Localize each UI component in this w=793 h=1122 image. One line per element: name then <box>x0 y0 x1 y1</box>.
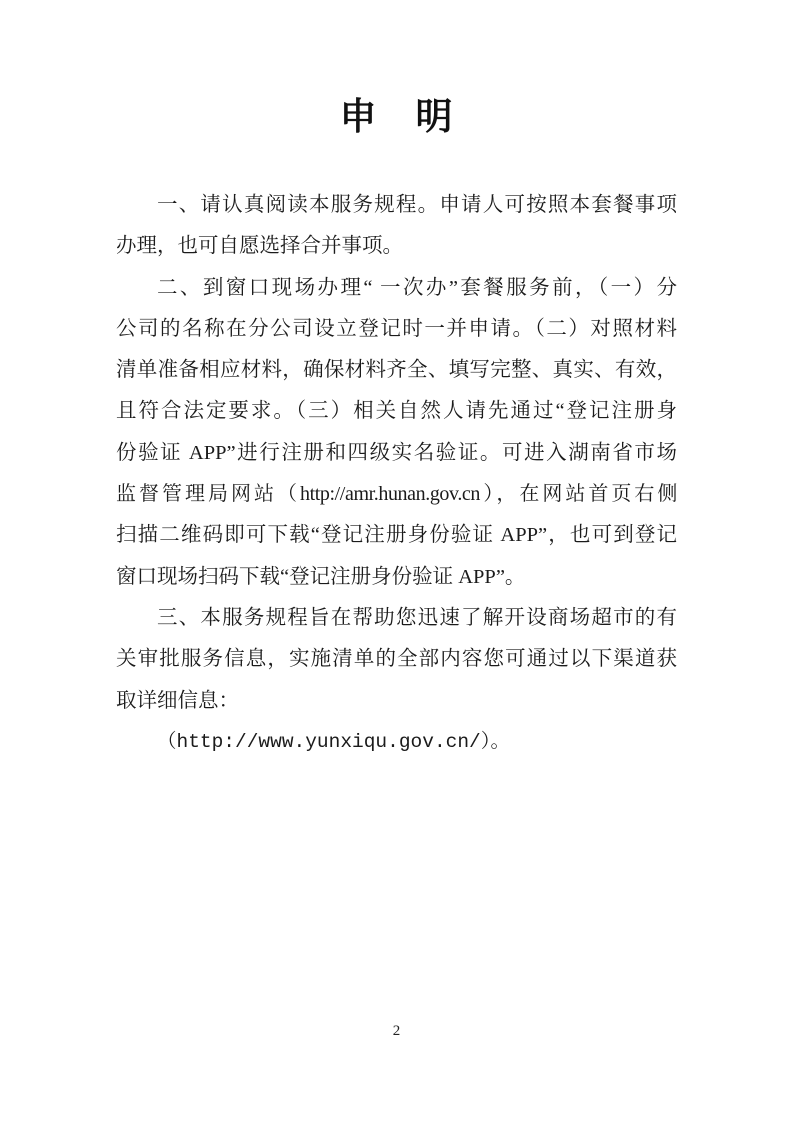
text-line: 取详细信息： <box>116 681 677 722</box>
page-title: 申 明 <box>0 94 793 142</box>
text-line: 窗口现场扫码下载“登记注册身份验证 APP”。 <box>116 557 677 598</box>
text-line: 二、到窗口现场办理“ 一次办”套餐服务前，（一）分 <box>116 268 677 309</box>
paragraph-4: （http://www.yunxiqu.gov.cn/）。 <box>116 722 677 763</box>
page-number: 2 <box>0 1021 793 1041</box>
document-page: 申 明 一、请认真阅读本服务规程。申请人可按照本套餐事项 办理，也可自愿选择合并… <box>0 0 793 1122</box>
text-line: 关审批服务信息，实施清单的全部内容您可通过以下渠道获 <box>116 639 677 680</box>
text-line: 份验证 APP”进行注册和四级实名验证。可进入湖南省市场 <box>116 433 677 474</box>
paragraph-1: 一、请认真阅读本服务规程。申请人可按照本套餐事项 办理，也可自愿选择合并事项。 <box>116 185 677 268</box>
text-line: 扫描二维码即可下载“登记注册身份验证 APP”，也可到登记 <box>116 515 677 556</box>
paragraph-3: 三、本服务规程旨在帮助您迅速了解开设商场超市的有 关审批服务信息，实施清单的全部… <box>116 598 677 722</box>
text-line: 公司的名称在分公司设立登记时一并申请。（二）对照材料 <box>116 309 677 350</box>
paragraph-2: 二、到窗口现场办理“ 一次办”套餐服务前，（一）分 公司的名称在分公司设立登记时… <box>116 268 677 598</box>
text-line-with-url: 监督管理局网站（http://amr.hunan.gov.cn），在网站首页右侧 <box>116 474 677 515</box>
text-line: 一、请认真阅读本服务规程。申请人可按照本套餐事项 <box>116 185 677 226</box>
document-body: 一、请认真阅读本服务规程。申请人可按照本套餐事项 办理，也可自愿选择合并事项。 … <box>116 185 677 763</box>
text-line: 清单准备相应材料，确保材料齐全、填写完整、真实、有效， <box>116 350 677 391</box>
text-line: 办理，也可自愿选择合并事项。 <box>116 226 677 267</box>
text-line: 三、本服务规程旨在帮助您迅速了解开设商场超市的有 <box>116 598 677 639</box>
text-line: 且符合法定要求。（三）相关自然人请先通过“登记注册身 <box>116 391 677 432</box>
url-line: （http://www.yunxiqu.gov.cn/）。 <box>116 722 677 763</box>
